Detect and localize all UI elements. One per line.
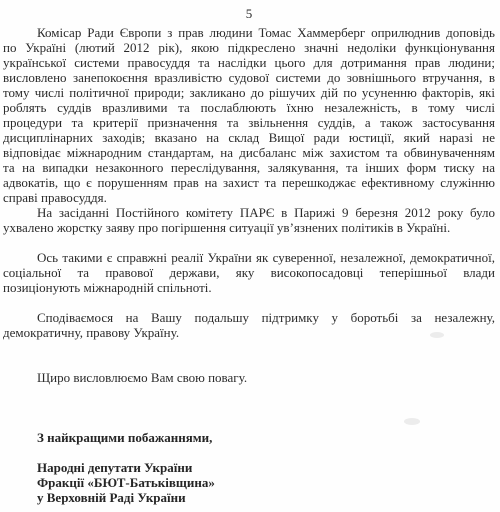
text-line: Фракції «БЮТ-Батьківщина» [3, 475, 495, 490]
text-line: роблять суддів вразливими та послаблюють… [3, 100, 495, 115]
text-line: відповідає міжнародним стандартам, на ди… [3, 145, 495, 160]
text-line: Щиро висловлюємо Вам свою повагу. [3, 370, 495, 385]
text-line: у Верховній Раді України [3, 490, 495, 505]
document-body: Комісар Ради Європи з прав людини Томас … [3, 25, 495, 505]
page-number: 5 [3, 6, 495, 21]
text-line: демократичну, правову Україну. [3, 325, 495, 340]
text-line: дисциплінарних заходів; вказано на склад… [3, 130, 495, 145]
text-line: процедури та критерії призначення та зві… [3, 115, 495, 130]
text-line: Сподіваємося на Вашу подальшу підтримку … [3, 310, 495, 325]
text-line: Ось такими є справжні реалії України як … [3, 250, 495, 265]
text-line: Комісар Ради Європи з прав людини Томас … [3, 25, 495, 40]
scanned-letter-page: 5 Комісар Ради Європи з прав людини Тома… [0, 0, 500, 512]
text-line: соціальної та правової держави, яку висо… [3, 265, 495, 280]
text-line: Народні депутати України [3, 460, 495, 475]
text-line: На засіданні Постійного комітету ПАРЄ в … [3, 205, 495, 220]
text-line: адвокатів, що є порушенням прав на захис… [3, 175, 495, 190]
text-line: З найкращими побажаннями, [3, 430, 495, 445]
text-line: тому числі політичної природи; закликано… [3, 85, 495, 100]
text-line: по Україні (лютий 2012 рік), якою підкре… [3, 40, 495, 55]
text-line: та на випадки незаконного переслідування… [3, 160, 495, 175]
text-line: висловлено занепокоєння вразливістю судо… [3, 70, 495, 85]
text-line: справі правосуддя. [3, 190, 495, 205]
text-line: ухвалено жорстку заяву про погіршення си… [3, 220, 495, 235]
text-line: позиціонують міжнародній спільноті. [3, 280, 495, 295]
text-line: української системи правосуддя та наслід… [3, 55, 495, 70]
